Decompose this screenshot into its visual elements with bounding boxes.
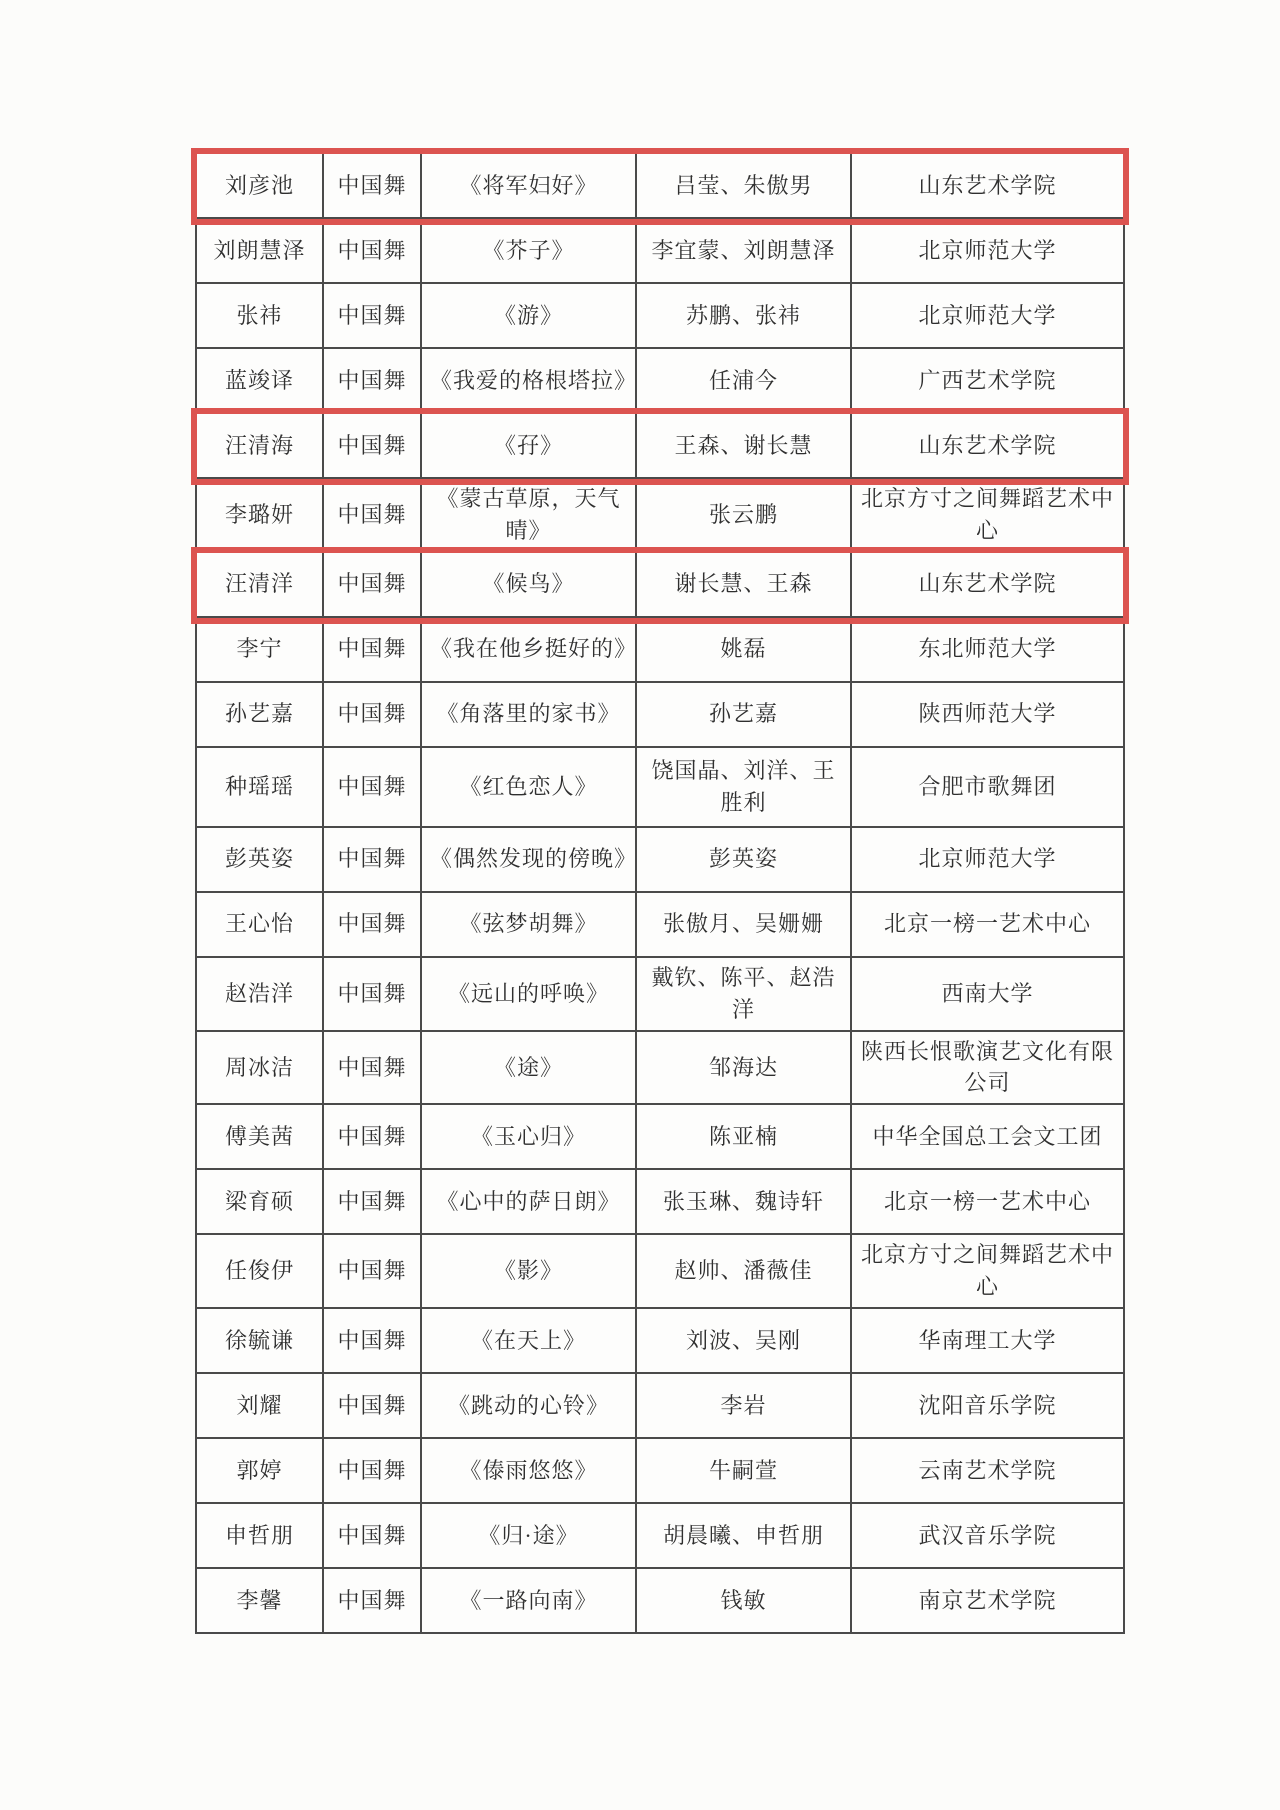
cell-performer-name: 郭婷 [197, 1439, 324, 1502]
cell-choreographers: 张云鹏 [637, 479, 852, 551]
cell-dance-genre: 中国舞 [324, 479, 422, 551]
table-row: 赵浩洋 中国舞 《远山的呼唤》 戴钦、陈平、赵浩洋 西南大学 [197, 958, 1123, 1032]
cell-performer-name: 蓝竣译 [197, 349, 324, 412]
cell-dance-genre: 中国舞 [324, 828, 422, 891]
cell-institution: 北京方寸之间舞蹈艺术中心 [852, 479, 1123, 551]
cell-institution: 合肥市歌舞团 [852, 748, 1123, 826]
cell-performer-name: 汪清洋 [197, 553, 324, 616]
cell-performer-name: 周冰洁 [197, 1032, 324, 1104]
cell-performer-name: 张祎 [197, 284, 324, 347]
cell-work-title: 《心中的萨日朗》 [422, 1170, 637, 1233]
cell-institution: 北京师范大学 [852, 284, 1123, 347]
cell-choreographers: 李岩 [637, 1374, 852, 1437]
cell-work-title: 《偶然发现的傍晚》 [422, 828, 637, 891]
cell-choreographers: 钱敏 [637, 1569, 852, 1632]
cell-institution: 山东艺术学院 [852, 414, 1123, 477]
cell-choreographers: 彭英姿 [637, 828, 852, 891]
cell-performer-name: 申哲朋 [197, 1504, 324, 1567]
cell-choreographers: 饶国晶、刘洋、王胜利 [637, 748, 852, 826]
cell-work-title: 《我在他乡挺好的》 [422, 618, 637, 681]
cell-performer-name: 彭英姿 [197, 828, 324, 891]
cell-choreographers: 胡晨曦、申哲朋 [637, 1504, 852, 1567]
cell-dance-genre: 中国舞 [324, 154, 422, 217]
cell-dance-genre: 中国舞 [324, 1504, 422, 1567]
cell-institution: 陕西师范大学 [852, 683, 1123, 746]
cell-work-title: 《弦梦胡舞》 [422, 893, 637, 956]
table-row: 汪清海 中国舞 《孖》 王森、谢长慧 山东艺术学院 [197, 414, 1123, 479]
cell-performer-name: 孙艺嘉 [197, 683, 324, 746]
cell-performer-name: 刘耀 [197, 1374, 324, 1437]
cell-dance-genre: 中国舞 [324, 958, 422, 1030]
cell-institution: 陕西长恨歌演艺文化有限公司 [852, 1032, 1123, 1104]
table-row: 郭婷 中国舞 《傣雨悠悠》 牛嗣萱 云南艺术学院 [197, 1439, 1123, 1504]
cell-choreographers: 刘波、吴刚 [637, 1309, 852, 1372]
table-row: 张祎 中国舞 《游》 苏鹏、张祎 北京师范大学 [197, 284, 1123, 349]
cell-work-title: 《跳动的心铃》 [422, 1374, 637, 1437]
cell-dance-genre: 中国舞 [324, 553, 422, 616]
cell-institution: 沈阳音乐学院 [852, 1374, 1123, 1437]
cell-dance-genre: 中国舞 [324, 349, 422, 412]
cell-dance-genre: 中国舞 [324, 893, 422, 956]
cell-performer-name: 李璐妍 [197, 479, 324, 551]
table-row: 李宁 中国舞 《我在他乡挺好的》 姚磊 东北师范大学 [197, 618, 1123, 683]
cell-dance-genre: 中国舞 [324, 1105, 422, 1168]
cell-work-title: 《候鸟》 [422, 553, 637, 616]
table-row: 刘朗慧泽 中国舞 《芥子》 李宜蒙、刘朗慧泽 北京师范大学 [197, 219, 1123, 284]
cell-performer-name: 王心怡 [197, 893, 324, 956]
cell-performer-name: 种瑶瑶 [197, 748, 324, 826]
table-row: 梁育硕 中国舞 《心中的萨日朗》 张玉琳、魏诗轩 北京一榜一艺术中心 [197, 1170, 1123, 1235]
cell-work-title: 《角落里的家书》 [422, 683, 637, 746]
cell-dance-genre: 中国舞 [324, 748, 422, 826]
cell-work-title: 《途》 [422, 1032, 637, 1104]
cell-institution: 山东艺术学院 [852, 154, 1123, 217]
table-row: 周冰洁 中国舞 《途》 邹海达 陕西长恨歌演艺文化有限公司 [197, 1032, 1123, 1106]
table-row: 刘耀 中国舞 《跳动的心铃》 李岩 沈阳音乐学院 [197, 1374, 1123, 1439]
cell-performer-name: 刘朗慧泽 [197, 219, 324, 282]
cell-choreographers: 苏鹏、张祎 [637, 284, 852, 347]
cell-work-title: 《归·途》 [422, 1504, 637, 1567]
cell-institution: 中华全国总工会文工团 [852, 1105, 1123, 1168]
cell-dance-genre: 中国舞 [324, 284, 422, 347]
cell-performer-name: 任俊伊 [197, 1235, 324, 1307]
cell-choreographers: 赵帅、潘薇佳 [637, 1235, 852, 1307]
cell-performer-name: 徐毓谦 [197, 1309, 324, 1372]
cell-performer-name: 赵浩洋 [197, 958, 324, 1030]
cell-institution: 广西艺术学院 [852, 349, 1123, 412]
table-row: 汪清洋 中国舞 《候鸟》 谢长慧、王森 山东艺术学院 [197, 553, 1123, 618]
cell-choreographers: 牛嗣萱 [637, 1439, 852, 1502]
cell-institution: 华南理工大学 [852, 1309, 1123, 1372]
table-row: 申哲朋 中国舞 《归·途》 胡晨曦、申哲朋 武汉音乐学院 [197, 1504, 1123, 1569]
cell-dance-genre: 中国舞 [324, 414, 422, 477]
cell-work-title: 《远山的呼唤》 [422, 958, 637, 1030]
cell-work-title: 《我爱的格根塔拉》 [422, 349, 637, 412]
cell-dance-genre: 中国舞 [324, 219, 422, 282]
cell-choreographers: 李宜蒙、刘朗慧泽 [637, 219, 852, 282]
cell-work-title: 《游》 [422, 284, 637, 347]
table-row: 傅美茜 中国舞 《玉心归》 陈亚楠 中华全国总工会文工团 [197, 1105, 1123, 1170]
cell-work-title: 《红色恋人》 [422, 748, 637, 826]
cell-choreographers: 张傲月、吴姗姗 [637, 893, 852, 956]
cell-performer-name: 李馨 [197, 1569, 324, 1632]
table-row: 徐毓谦 中国舞 《在天上》 刘波、吴刚 华南理工大学 [197, 1309, 1123, 1374]
cell-dance-genre: 中国舞 [324, 1235, 422, 1307]
cell-work-title: 《孖》 [422, 414, 637, 477]
cell-performer-name: 傅美茜 [197, 1105, 324, 1168]
cell-choreographers: 姚磊 [637, 618, 852, 681]
cell-dance-genre: 中国舞 [324, 683, 422, 746]
cell-performer-name: 汪清海 [197, 414, 324, 477]
table-row: 刘彦池 中国舞 《将军妇好》 吕莹、朱傲男 山东艺术学院 [197, 154, 1123, 219]
cell-performer-name: 刘彦池 [197, 154, 324, 217]
cell-performer-name: 梁育硕 [197, 1170, 324, 1233]
cell-institution: 云南艺术学院 [852, 1439, 1123, 1502]
cell-choreographers: 孙艺嘉 [637, 683, 852, 746]
table-row: 种瑶瑶 中国舞 《红色恋人》 饶国晶、刘洋、王胜利 合肥市歌舞团 [197, 748, 1123, 828]
cell-dance-genre: 中国舞 [324, 1439, 422, 1502]
cell-institution: 武汉音乐学院 [852, 1504, 1123, 1567]
cell-work-title: 《芥子》 [422, 219, 637, 282]
table-row: 蓝竣译 中国舞 《我爱的格根塔拉》 任浦今 广西艺术学院 [197, 349, 1123, 414]
table-row: 彭英姿 中国舞 《偶然发现的傍晚》 彭英姿 北京师范大学 [197, 828, 1123, 893]
cell-choreographers: 王森、谢长慧 [637, 414, 852, 477]
cell-work-title: 《影》 [422, 1235, 637, 1307]
cell-performer-name: 李宁 [197, 618, 324, 681]
cell-dance-genre: 中国舞 [324, 1032, 422, 1104]
cell-dance-genre: 中国舞 [324, 618, 422, 681]
page: { "page": { "background": "#fcfcfa", "hi… [0, 0, 1280, 1810]
cell-work-title: 《在天上》 [422, 1309, 637, 1372]
cell-dance-genre: 中国舞 [324, 1374, 422, 1437]
cell-choreographers: 陈亚楠 [637, 1105, 852, 1168]
cell-choreographers: 邹海达 [637, 1032, 852, 1104]
cell-choreographers: 戴钦、陈平、赵浩洋 [637, 958, 852, 1030]
cell-work-title: 《傣雨悠悠》 [422, 1439, 637, 1502]
cell-dance-genre: 中国舞 [324, 1309, 422, 1372]
cell-institution: 北京师范大学 [852, 219, 1123, 282]
table-row: 李璐妍 中国舞 《蒙古草原，天气晴》 张云鹏 北京方寸之间舞蹈艺术中心 [197, 479, 1123, 553]
cell-choreographers: 张玉琳、魏诗轩 [637, 1170, 852, 1233]
cell-institution: 西南大学 [852, 958, 1123, 1030]
cell-institution: 北京一榜一艺术中心 [852, 1170, 1123, 1233]
cell-institution: 山东艺术学院 [852, 553, 1123, 616]
cell-institution: 南京艺术学院 [852, 1569, 1123, 1632]
table-row: 孙艺嘉 中国舞 《角落里的家书》 孙艺嘉 陕西师范大学 [197, 683, 1123, 748]
results-table: 刘彦池 中国舞 《将军妇好》 吕莹、朱傲男 山东艺术学院 刘朗慧泽 中国舞 《芥… [195, 152, 1125, 1634]
cell-work-title: 《一路向南》 [422, 1569, 637, 1632]
cell-institution: 北京方寸之间舞蹈艺术中心 [852, 1235, 1123, 1307]
cell-institution: 东北师范大学 [852, 618, 1123, 681]
cell-institution: 北京师范大学 [852, 828, 1123, 891]
cell-work-title: 《玉心归》 [422, 1105, 637, 1168]
cell-work-title: 《蒙古草原，天气晴》 [422, 479, 637, 551]
cell-dance-genre: 中国舞 [324, 1569, 422, 1632]
cell-choreographers: 谢长慧、王森 [637, 553, 852, 616]
cell-institution: 北京一榜一艺术中心 [852, 893, 1123, 956]
cell-work-title: 《将军妇好》 [422, 154, 637, 217]
table-row: 李馨 中国舞 《一路向南》 钱敏 南京艺术学院 [197, 1569, 1123, 1632]
cell-dance-genre: 中国舞 [324, 1170, 422, 1233]
table-row: 任俊伊 中国舞 《影》 赵帅、潘薇佳 北京方寸之间舞蹈艺术中心 [197, 1235, 1123, 1309]
cell-choreographers: 任浦今 [637, 349, 852, 412]
table-row: 王心怡 中国舞 《弦梦胡舞》 张傲月、吴姗姗 北京一榜一艺术中心 [197, 893, 1123, 958]
cell-choreographers: 吕莹、朱傲男 [637, 154, 852, 217]
